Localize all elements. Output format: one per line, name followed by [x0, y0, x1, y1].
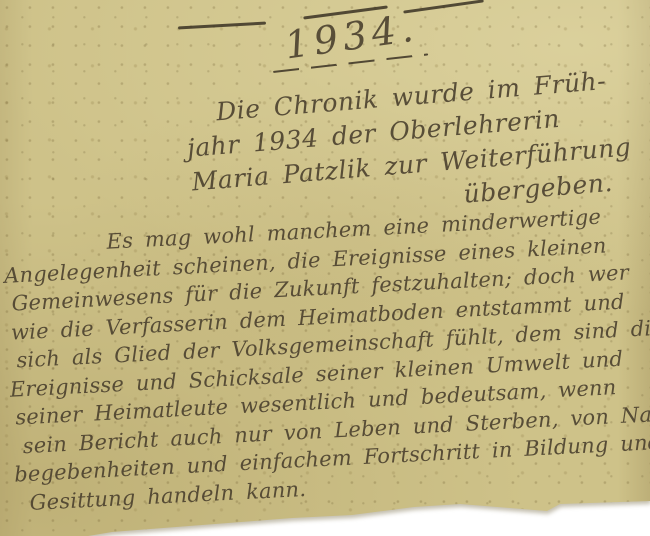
paper-shadow-wrap: 1934. Die Chronik wurde im Früh- jahr 19… [0, 0, 650, 536]
pen-stroke-top-left [178, 22, 266, 30]
scanned-document: 1934. Die Chronik wurde im Früh- jahr 19… [0, 0, 650, 536]
chronicle-paragraph: Es mag wohl manchem eine minderwertige A… [2, 200, 650, 518]
paper-page: 1934. Die Chronik wurde im Früh- jahr 19… [0, 0, 650, 536]
